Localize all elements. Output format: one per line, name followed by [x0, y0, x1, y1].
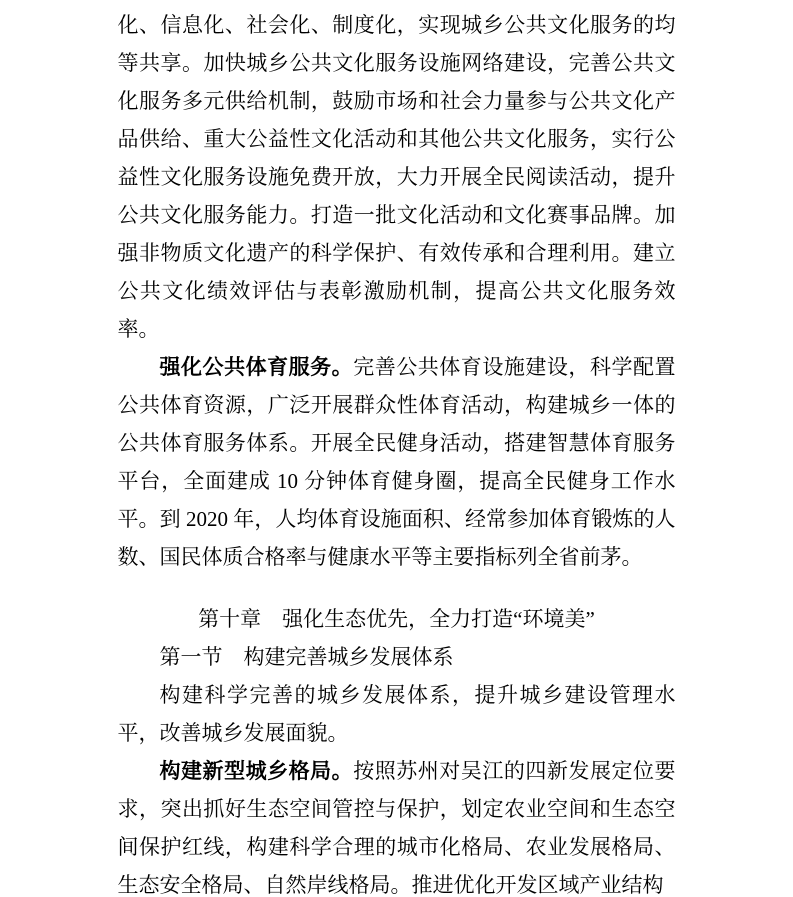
document-page: 化、信息化、社会化、制度化，实现城乡公共文化服务的均等共享。加快城乡公共文化服务…	[118, 0, 676, 897]
paragraph-sports-lead: 强化公共体育服务。	[160, 355, 354, 379]
section-heading: 第一节 构建完善城乡发展体系	[118, 638, 676, 676]
paragraph-urban-rural-system: 构建科学完善的城乡发展体系，提升城乡建设管理水平，改善城乡发展面貌。	[118, 676, 676, 752]
paragraph-urban-rural-pattern: 构建新型城乡格局。按照苏州对吴江的四新发展定位要求，突出抓好生态空间管控与保护，…	[118, 752, 676, 897]
paragraph-culture-services: 化、信息化、社会化、制度化，实现城乡公共文化服务的均等共享。加快城乡公共文化服务…	[118, 6, 676, 348]
paragraph-sports-body: 完善公共体育设施建设，科学配置公共体育资源，广泛开展群众性体育活动，构建城乡一体…	[118, 355, 676, 569]
paragraph-sports-services: 强化公共体育服务。完善公共体育设施建设，科学配置公共体育资源，广泛开展群众性体育…	[118, 348, 676, 576]
chapter-heading: 第十章 强化生态优先，全力打造“环境美”	[118, 600, 676, 638]
paragraph-pattern-lead: 构建新型城乡格局。	[160, 759, 354, 783]
